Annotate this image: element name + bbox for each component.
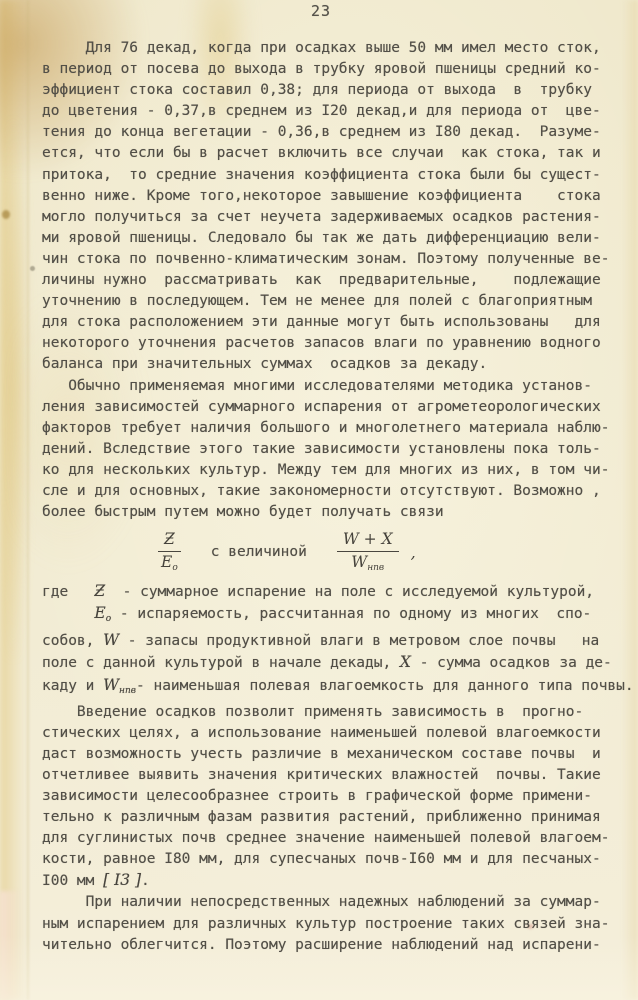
text-line: стических целях, а использование наимень… (42, 723, 608, 744)
text-line: тения до конца вегетации - 0,36,в средне… (42, 122, 608, 143)
handwritten-symbol: Wнпв (103, 676, 136, 694)
text-line: чин стока по почвенно-климатическим зона… (42, 249, 608, 270)
formula: Ƶ Eo с величиной W + X Wнпв , (158, 528, 608, 576)
text-line: ко для нескольких культур. Между тем для… (42, 460, 608, 481)
text-line: I00 мм [ I3 ]. (42, 870, 608, 892)
handwritten-symbol: Eo (94, 604, 111, 622)
text-line: чительно облегчится. Поэтому расширение … (42, 935, 608, 956)
handwritten-symbol: Ƶ (94, 582, 105, 600)
text-line: эффициент стока составил 0,38; для перио… (42, 80, 608, 101)
text-line: личины нужно рассматривать как предварит… (42, 270, 608, 291)
text-line: тельно к различным фазам развития растен… (42, 807, 608, 828)
formula-fraction-right: W + X Wнпв (337, 530, 399, 574)
text-line: ления зависимостей суммарного испарения … (42, 397, 608, 418)
text-line: притока, то средние значения коэффициент… (42, 165, 608, 186)
text-line: где Ƶ - суммарное испарение на поле с ис… (42, 581, 608, 603)
text-line: для суглинистых почв среднее значение на… (42, 828, 608, 849)
text-line: факторов требует наличия большого и мног… (42, 418, 608, 439)
formula-left-denominator: Eo (161, 552, 178, 574)
text-line: дений. Вследствие этого такие зависимост… (42, 439, 608, 460)
text-line: поле с данной культурой в начале декады,… (42, 652, 608, 674)
text-line: в период от посева до выхода в трубку яр… (42, 59, 608, 80)
handwritten-symbol: X (400, 653, 411, 671)
text-line: кости, равное I80 мм, для супесчаных поч… (42, 849, 608, 870)
paper-stain-left-streak (2, 120, 30, 660)
formula-right-numerator: W + X (337, 530, 399, 551)
text-line: для стока расположением эти данные могут… (42, 312, 608, 333)
handwritten-symbol: W (103, 631, 119, 649)
text-line: до цветения - 0,37,в среднем из I20 дека… (42, 101, 608, 122)
text-line: уточнению в последующем. Тем не менее дл… (42, 291, 608, 312)
paper-fold-line (27, 0, 29, 1000)
text-line: ется, что если бы в расчет включить все … (42, 143, 608, 164)
text-line: зависимости целесообразнее строить в гра… (42, 786, 608, 807)
formula-left-numerator: Ƶ (158, 530, 181, 551)
document-text-body: Для 76 декад, когда при осадках выше 50 … (42, 38, 608, 956)
formula-right-denominator: Wнпв (351, 552, 384, 574)
paper-speck (30, 266, 35, 271)
text-line: каду и Wнпв- наименьшая полевая влагоемк… (42, 675, 608, 702)
text-line: даст возможность учесть различие в механ… (42, 744, 608, 765)
text-line: Введение осадков позволит применять зави… (42, 702, 608, 723)
text-line: сле и для основных, такие закономерности… (42, 481, 608, 502)
page-number: 23 (311, 2, 331, 20)
text-line: Обычно применяемая многими исследователя… (42, 376, 608, 397)
text-line: венно ниже. Кроме того,некоторое завышен… (42, 186, 608, 207)
formula-middle-text: с величиной (211, 544, 307, 560)
text-line: Eo - испаряемость, рассчитанная по одном… (42, 603, 608, 630)
handwritten-symbol: [ I3 ] (103, 871, 141, 889)
paper-stain-right-edge (622, 0, 638, 1000)
text-line: При наличии непосредственных надежных на… (42, 892, 608, 913)
text-line: собов, W - запасы продуктивной влаги в м… (42, 630, 608, 652)
text-line: могло получиться за счет неучета задержи… (42, 207, 608, 228)
text-line: некоторого уточнения расчетов запасов вл… (42, 333, 608, 354)
formula-trailing-comma: , (411, 543, 416, 562)
text-line: ным испарением для различных культур пос… (42, 914, 608, 935)
text-line: баланса при значительных суммах осадков … (42, 354, 608, 375)
paper-stain-left-band (0, 0, 26, 1000)
scanned-document-page: 23 Для 76 декад, когда при осадках выше … (0, 0, 638, 1000)
paper-stain-bottom-pink (0, 891, 22, 1000)
text-line: отчетливее выявить значения критических … (42, 765, 608, 786)
paper-speck (2, 210, 10, 219)
text-line: более быстрым путем можно будет получать… (42, 502, 608, 523)
text-line: ми яровой пшеницы. Следовало бы так же д… (42, 228, 608, 249)
text-line: Для 76 декад, когда при осадках выше 50 … (42, 38, 608, 59)
formula-fraction-left: Ƶ Eo (158, 530, 181, 574)
